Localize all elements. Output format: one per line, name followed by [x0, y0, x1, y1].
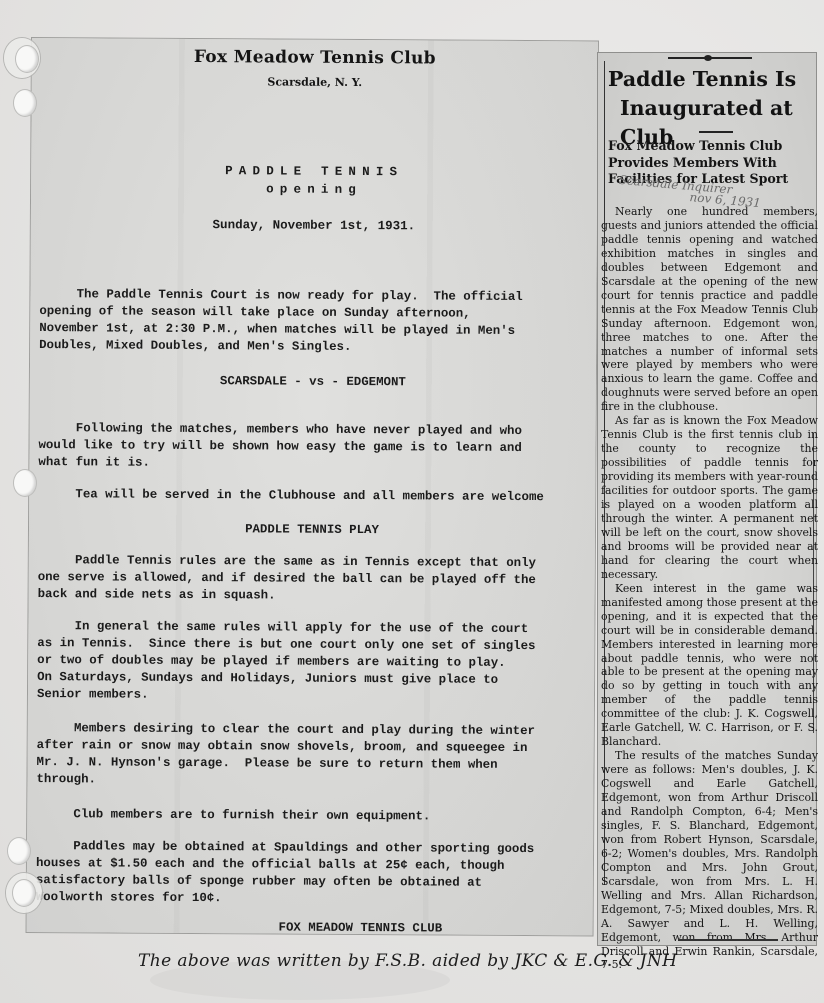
- announcement-subtitle: opening: [31, 180, 597, 200]
- paragraph-rules: Paddle Tennis rules are the same as in T…: [38, 552, 592, 606]
- announcement-date: Sunday, November 1st, 1931.: [31, 216, 597, 236]
- clipping-paragraph: Nearly one hundred members, guests and j…: [601, 205, 818, 414]
- punch-hole: [14, 90, 36, 116]
- clipping-headline-line1: Paddle Tennis Is: [608, 65, 796, 94]
- announcement-title: PADDLE TENNIS: [31, 162, 597, 182]
- clipping-paragraph: Keen interest in the game was manifested…: [601, 582, 818, 749]
- paragraph-intro: The Paddle Tennis Court is now ready for…: [39, 286, 593, 357]
- play-heading: PADDLE TENNIS PLAY: [29, 520, 595, 540]
- paragraph-tea: Tea will be served in the Clubhouse and …: [38, 486, 592, 506]
- punch-hole: [14, 470, 36, 496]
- letter-signature: FOX MEADOW TENNIS CLUB: [279, 920, 443, 938]
- paragraph-winter: Members desiring to clear the court and …: [36, 720, 590, 791]
- clipping-top-rule: [668, 57, 752, 59]
- punch-hole: [13, 880, 35, 906]
- paragraph-equipment: Club members are to furnish their own eq…: [36, 806, 590, 826]
- clipping-bottom-rule: [678, 939, 778, 941]
- letterhead-club-name: Fox Meadow Tennis Club: [32, 46, 598, 69]
- handwritten-footer-note: The above was written by F.S.B. aided by…: [138, 951, 677, 971]
- paragraph-general: In general the same rules will apply for…: [37, 618, 592, 706]
- punch-hole: [16, 46, 38, 72]
- punch-hole: [8, 838, 30, 864]
- newspaper-clipping: Paddle Tennis Is Inaugurated at Club Fox…: [598, 53, 816, 945]
- clipping-paragraph: As far as is known the Fox Meadow Tennis…: [601, 414, 818, 581]
- paragraph-following: Following the matches, members who have …: [38, 420, 592, 474]
- letterhead-location: Scarsdale, N. Y.: [32, 74, 598, 90]
- paragraph-paddles: Paddles may be obtained at Spauldings an…: [36, 838, 590, 909]
- announcement-letter: Fox Meadow Tennis Club Scarsdale, N. Y. …: [27, 38, 598, 935]
- clipping-body: Nearly one hundred members, guests and j…: [601, 205, 818, 972]
- clipping-divider: [699, 131, 733, 133]
- matchup-heading: SCARSDALE - vs - EDGEMONT: [30, 372, 596, 392]
